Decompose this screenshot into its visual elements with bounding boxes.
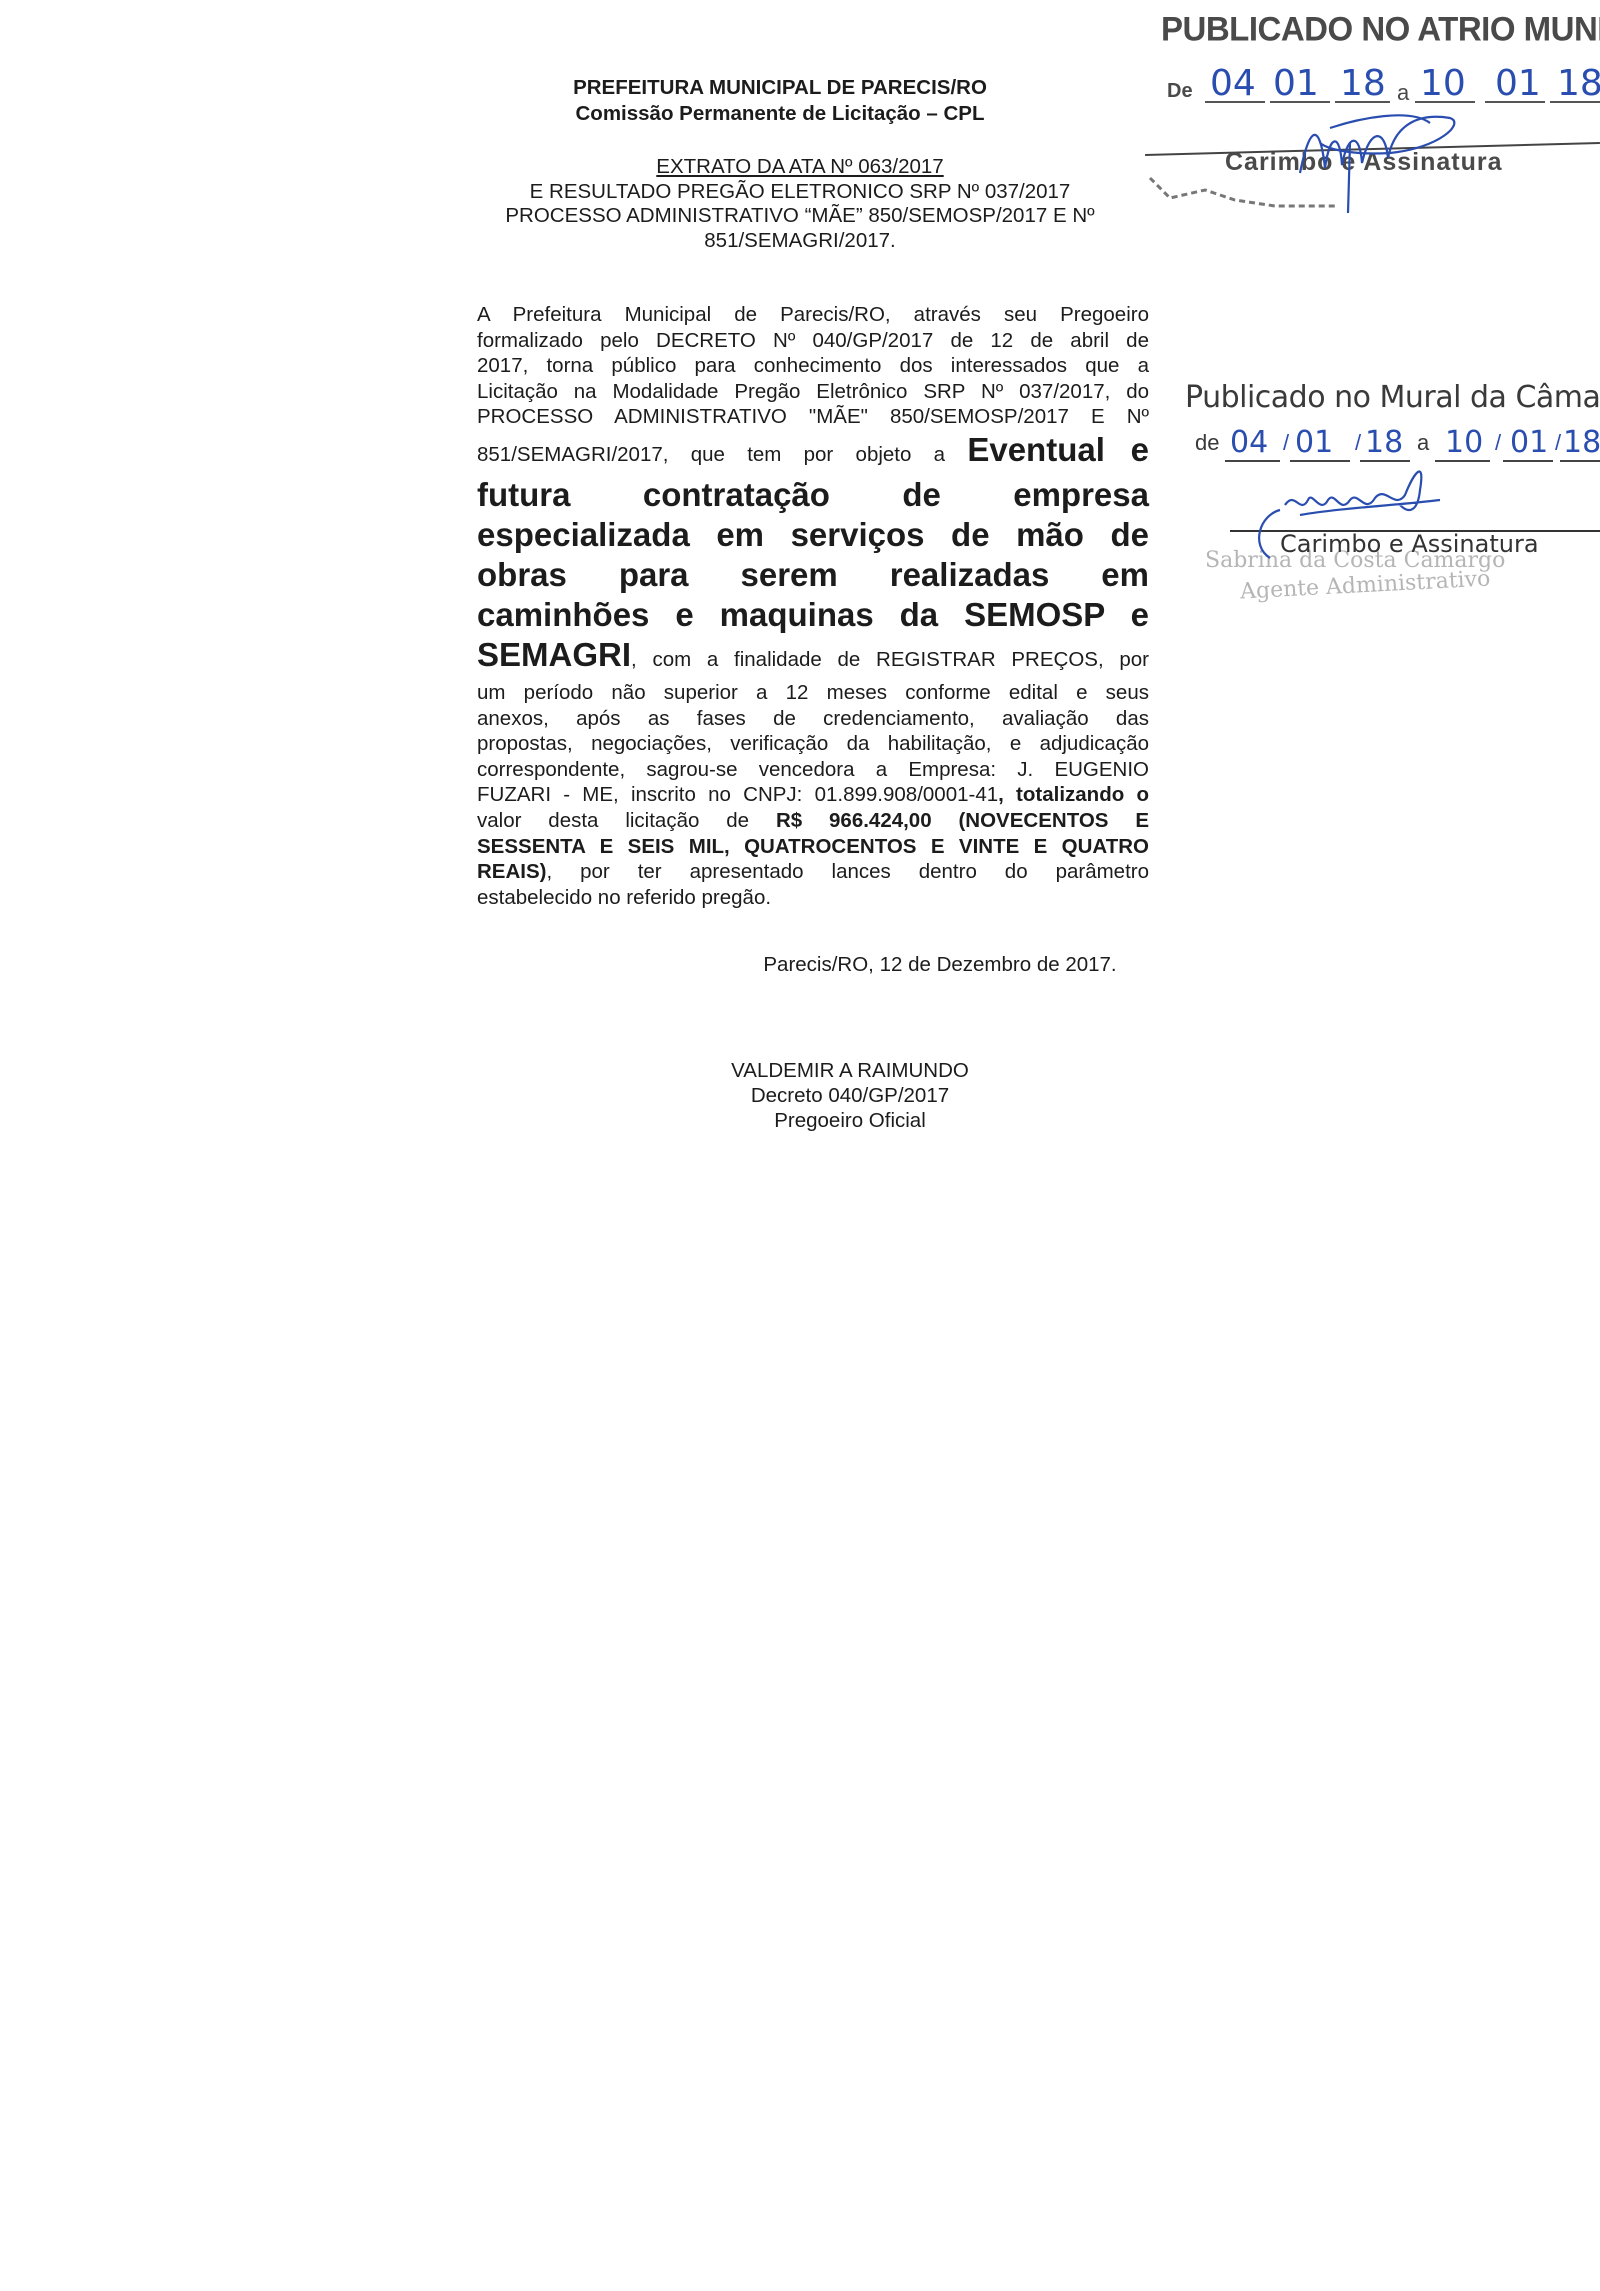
- company-cnpj: FUZARI - ME, inscrito no CNPJ: 01.899.90…: [477, 783, 998, 806]
- document-title: EXTRATO DA ATA Nº 063/2017 E RESULTADO P…: [440, 155, 1160, 253]
- underline: [1503, 460, 1553, 462]
- body-line-semagri: SEMAGRI, com a finalidade de REGISTRAR P…: [477, 635, 1149, 680]
- underline: [1550, 101, 1600, 103]
- date-separator: /: [1555, 430, 1561, 456]
- object-line: obras para serem realizadas em: [477, 555, 1149, 595]
- object-line: especializada em serviços de mão de: [477, 515, 1149, 555]
- stamp-from-label: de: [1195, 430, 1219, 456]
- object-line: futura contratação de empresa: [477, 475, 1149, 515]
- stamp-smudge-icon: [1145, 168, 1345, 213]
- stamp-date-to-month: 01: [1495, 63, 1541, 104]
- body-line: propostas, negociações, verificação da h…: [477, 731, 1149, 757]
- stamp-to-label: a: [1417, 430, 1429, 456]
- signer-decree: Decreto 040/GP/2017: [680, 1083, 1020, 1108]
- body-text: , totalizando o: [998, 783, 1149, 806]
- stamp-date-from-day: 04: [1230, 425, 1268, 460]
- body-line-object-start: 851/SEMAGRI/2017, que tem por objeto a E…: [477, 430, 1149, 475]
- body-text: valor desta licitação de: [477, 809, 776, 832]
- signer-name: VALDEMIR A RAIMUNDO: [680, 1058, 1020, 1083]
- publication-stamp-camara: Publicado no Mural da Câmara de 04 / 01 …: [1185, 380, 1600, 620]
- body-line-cnpj: FUZARI - ME, inscrito no CNPJ: 01.899.90…: [477, 782, 1149, 808]
- date-separator: /: [1283, 430, 1289, 456]
- object-emphasis: Eventual e: [967, 431, 1149, 468]
- body-line: PROCESSO ADMINISTRATIVO "MÃE" 850/SEMOSP…: [477, 404, 1149, 430]
- document-date: Parecis/RO, 12 de Dezembro de 2017.: [700, 953, 1180, 977]
- result-title: E RESULTADO PREGÃO ELETRONICO SRP Nº 037…: [440, 180, 1160, 205]
- body-line: correspondente, sagrou-se vencedora a Em…: [477, 757, 1149, 783]
- underline: [1485, 101, 1545, 103]
- handwritten-signature-icon: [1240, 460, 1460, 560]
- body-text: , por ter apresentado lances dentro do p…: [546, 860, 1149, 883]
- signature-block: VALDEMIR A RAIMUNDO Decreto 040/GP/2017 …: [680, 1058, 1020, 1133]
- municipality-name: PREFEITURA MUNICIPAL DE PARECIS/RO: [480, 75, 1080, 101]
- stamp-date-from-month: 01: [1273, 63, 1319, 104]
- extract-title: EXTRATO DA ATA Nº 063/2017: [440, 155, 1160, 180]
- body-line: um período não superior a 12 meses confo…: [477, 680, 1149, 706]
- committee-name: Comissão Permanente de Licitação – CPL: [480, 101, 1080, 127]
- stamp-title: PUBLICADO NO ATRIO MUNICIPA: [1161, 9, 1600, 49]
- body-line-reais: REAIS), por ter apresentado lances dentr…: [477, 859, 1149, 885]
- underline: [1205, 101, 1265, 103]
- body-line-value: valor desta licitação de R$ 966.424,00 (…: [477, 808, 1149, 834]
- signer-role: Pregoeiro Oficial: [680, 1108, 1020, 1133]
- contract-value-end: REAIS): [477, 860, 546, 883]
- stamp-date-to-day: 10: [1420, 63, 1466, 104]
- body-text: 851/SEMAGRI/2017, que tem por objeto a: [477, 443, 967, 466]
- object-line: caminhões e maquinas da SEMOSP e: [477, 595, 1149, 635]
- date-separator: /: [1355, 430, 1361, 456]
- underline: [1560, 460, 1600, 462]
- date-separator: /: [1495, 430, 1501, 456]
- stamp-date-from-year: 18: [1340, 63, 1386, 104]
- stamp-date-to-year: 18: [1563, 425, 1600, 460]
- document-header: PREFEITURA MUNICIPAL DE PARECIS/RO Comis…: [480, 75, 1080, 127]
- process-title-cont: 851/SEMAGRI/2017.: [440, 229, 1160, 254]
- stamp-date-from-month: 01: [1295, 425, 1333, 460]
- stamp-date-to-month: 01: [1510, 425, 1548, 460]
- stamp-date-to-day: 10: [1445, 425, 1483, 460]
- contract-value: R$ 966.424,00 (NOVECENTOS E: [776, 809, 1149, 832]
- body-line: A Prefeitura Municipal de Parecis/RO, at…: [477, 302, 1149, 328]
- stamp-date-from-day: 04: [1210, 63, 1256, 104]
- stamp-date-from-year: 18: [1365, 425, 1403, 460]
- body-line: 2017, torna público para conhecimento do…: [477, 353, 1149, 379]
- publication-stamp-atrio: PUBLICADO NO ATRIO MUNICIPA De 04 01 18 …: [1145, 8, 1600, 208]
- contract-value-words: SESSENTA E SEIS MIL, QUATROCENTOS E VINT…: [477, 834, 1149, 860]
- body-line: Licitação na Modalidade Pregão Eletrônic…: [477, 379, 1149, 405]
- body-line: estabelecido no referido pregão.: [477, 885, 1149, 911]
- body-line: formalizado pelo DECRETO Nº 040/GP/2017 …: [477, 328, 1149, 354]
- stamp-date-to-year: 18: [1557, 63, 1600, 104]
- object-emphasis: SEMAGRI: [477, 636, 631, 673]
- stamp-from-label: De: [1167, 80, 1193, 103]
- stamp-title: Publicado no Mural da Câmara: [1185, 380, 1600, 415]
- document-body: A Prefeitura Municipal de Parecis/RO, at…: [477, 302, 1149, 910]
- process-title: PROCESSO ADMINISTRATIVO “MÃE” 850/SEMOSP…: [440, 204, 1160, 229]
- body-line: anexos, após as fases de credenciamento,…: [477, 706, 1149, 732]
- body-text: , com a finalidade de REGISTRAR PREÇOS, …: [631, 648, 1149, 671]
